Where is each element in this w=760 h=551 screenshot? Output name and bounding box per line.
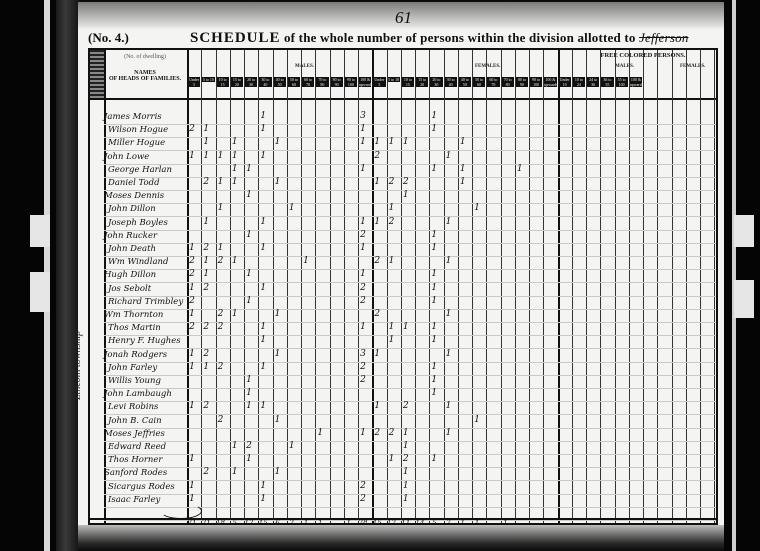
- tally-mark: 1: [356, 269, 370, 279]
- tally-mark: 1: [185, 494, 199, 504]
- tally-mark: 1: [399, 467, 413, 477]
- head-of-family-name: Hugh Dillon: [104, 270, 156, 280]
- tally-mark: 1: [399, 190, 413, 200]
- head-of-family-name: John Lowe: [104, 152, 149, 162]
- column-rule: [714, 50, 715, 523]
- head-of-family-name: Henry F. Hughes: [108, 336, 181, 346]
- tally-mark: 1: [185, 481, 199, 491]
- head-of-family-name: Wilson Hogue: [108, 125, 168, 135]
- head-of-family-name: Wm Thornton: [104, 310, 163, 320]
- age-column-header: 80 to 90: [330, 75, 344, 97]
- age-column-header: 5 to 10: [387, 75, 401, 97]
- tally-mark: 1: [470, 415, 484, 425]
- row-rule: [104, 164, 716, 165]
- column-rule: [615, 50, 616, 523]
- age-column-header: 60 to 70: [301, 75, 315, 97]
- head-of-family-name: Thos Horner: [108, 455, 163, 465]
- age-column-label: 30 to 40: [259, 77, 271, 87]
- tally-mark: 1: [199, 137, 213, 147]
- binding-tab: [30, 215, 50, 247]
- column-rule: [501, 50, 502, 523]
- age-column-label: Under 5: [373, 77, 385, 87]
- age-column-label: 90 to 100: [345, 77, 357, 87]
- age-column-header: 90 to 100: [344, 75, 358, 97]
- tally-mark: 1: [442, 401, 456, 411]
- tally-mark: 1: [256, 124, 270, 134]
- tally-mark: 2: [214, 256, 228, 266]
- tally-mark: 1: [427, 454, 441, 464]
- column-rule: [415, 50, 416, 523]
- tally-mark: 1: [427, 296, 441, 306]
- age-column-header: 10 to 15: [216, 75, 230, 97]
- age-column-label: 50 to 60: [288, 77, 300, 87]
- tally-mark: 1: [442, 256, 456, 266]
- head-of-family-name: Richard Trimbley: [108, 297, 183, 307]
- tally-mark: 2: [199, 243, 213, 253]
- column-rule: [315, 50, 316, 523]
- head-of-family-name: Thos Martin: [108, 323, 161, 333]
- head-of-family-name: Joseph Boyles: [108, 218, 168, 228]
- column-rule: [216, 50, 217, 523]
- age-column-label: 70 to 80: [502, 77, 514, 87]
- page-bottom-shading: [78, 525, 724, 551]
- tally-mark: 1: [271, 349, 285, 359]
- header-separator: [90, 98, 716, 100]
- column-rule: [458, 50, 459, 523]
- age-column-label: 80 to 90: [516, 77, 528, 87]
- tally-mark: 1: [427, 322, 441, 332]
- tally-mark: 2: [399, 454, 413, 464]
- tally-mark: 1: [356, 124, 370, 134]
- tally-mark: 1: [228, 151, 242, 161]
- age-column-header: Under 10: [558, 75, 572, 97]
- binding-tab: [30, 272, 50, 312]
- tally-mark: 1: [271, 137, 285, 147]
- tally-mark: 1: [442, 428, 456, 438]
- tally-mark: 1: [228, 164, 242, 174]
- age-column-label: 40 to 50: [274, 77, 286, 87]
- tally-mark: 1: [356, 428, 370, 438]
- age-column-header: 10 to 24: [572, 75, 586, 97]
- head-of-family-name: James Morris: [104, 112, 162, 122]
- tally-mark: 1: [399, 322, 413, 332]
- column-rule: [629, 50, 630, 523]
- colored-females-label: FEMALES.: [680, 64, 705, 69]
- age-column-label: 55 to 100: [616, 77, 628, 87]
- age-column-label: 15 to 20: [231, 77, 243, 87]
- tally-mark: 2: [356, 296, 370, 306]
- tally-mark: 1: [385, 256, 399, 266]
- head-of-family-name: John Death: [108, 244, 156, 254]
- column-rule: [401, 50, 402, 523]
- row-rule: [104, 216, 716, 217]
- names-header: (No. of dwelling) NAMES OF HEADS OF FAMI…: [104, 50, 186, 98]
- tally-mark: 1: [427, 164, 441, 174]
- tally-mark: 2: [199, 177, 213, 187]
- tally-mark: 2: [356, 494, 370, 504]
- age-column-label: Under 5: [188, 77, 200, 87]
- head-of-family-name: John Lambaugh: [104, 389, 172, 399]
- row-rule: [104, 203, 716, 204]
- head-of-family-name: John Dillon: [108, 204, 156, 214]
- tally-mark: 1: [299, 256, 313, 266]
- tally-mark: 2: [385, 217, 399, 227]
- tally-mark: 2: [370, 151, 384, 161]
- tally-mark: 1: [256, 283, 270, 293]
- tally-mark: 2: [199, 322, 213, 332]
- age-column-header: 20 to 30: [429, 75, 443, 97]
- column-rule: [387, 50, 388, 523]
- tally-mark: 1: [427, 124, 441, 134]
- tally-mark: 3: [356, 349, 370, 359]
- column-rule: [700, 50, 701, 523]
- age-column-header: 90 to 100: [529, 75, 543, 97]
- age-column-label: 60 to 70: [487, 77, 499, 87]
- tally-mark: 1: [214, 203, 228, 213]
- tally-mark: 2: [185, 269, 199, 279]
- tally-mark: 1: [370, 401, 384, 411]
- row-rule: [104, 375, 716, 376]
- tally-mark: 1: [228, 177, 242, 187]
- age-column-label: 10 to 15: [402, 77, 414, 87]
- tally-mark: 1: [285, 441, 299, 451]
- tally-mark: 1: [385, 203, 399, 213]
- age-column-header: 24 to 36: [586, 75, 600, 97]
- tally-mark: 2: [199, 349, 213, 359]
- tally-mark: 1: [256, 362, 270, 372]
- column-rule: [486, 50, 487, 523]
- column-rule: [558, 50, 560, 523]
- age-column-label: 15 to 20: [416, 77, 428, 87]
- age-column-label: 60 to 70: [302, 77, 314, 87]
- tally-mark: 1: [356, 217, 370, 227]
- binding-shadow: [56, 0, 80, 551]
- tally-mark: 1: [228, 137, 242, 147]
- head-of-family-name: Jonah Rodgers: [104, 350, 167, 360]
- column-rule: [515, 50, 516, 523]
- age-column-label: 80 to 90: [331, 77, 343, 87]
- head-of-family-name: John Rucker: [104, 231, 157, 241]
- head-of-family-name: John B. Cain: [108, 416, 162, 426]
- tally-mark: 2: [199, 283, 213, 293]
- tally-mark: 2: [356, 375, 370, 385]
- book-binding-left: [0, 0, 80, 551]
- column-rule: [672, 50, 673, 523]
- age-column-header: 36 to 55: [600, 75, 614, 97]
- age-column-header: 50 to 60: [472, 75, 486, 97]
- margin-note: Lincoln township: [72, 331, 83, 400]
- tally-mark: 1: [185, 349, 199, 359]
- column-rule: [244, 50, 245, 523]
- tally-mark: 1: [228, 256, 242, 266]
- age-column-header: 30 to 40: [258, 75, 272, 97]
- age-column-label: 5 to 10: [388, 77, 400, 82]
- tally-mark: 1: [427, 230, 441, 240]
- tally-mark: 1: [199, 256, 213, 266]
- tally-mark: 1: [185, 362, 199, 372]
- tally-mark: 1: [442, 217, 456, 227]
- schedule-title: SCHEDULE of the whole number of persons …: [190, 30, 689, 47]
- tally-mark: 1: [456, 137, 470, 147]
- tally-mark: 2: [356, 283, 370, 293]
- tally-mark: 1: [214, 243, 228, 253]
- tally-mark: 1: [427, 388, 441, 398]
- age-column-header: 100 & upwards: [629, 75, 643, 97]
- white-females-label: FEMALES.: [475, 64, 500, 69]
- age-column-label: 30 to 40: [445, 77, 457, 87]
- column-rule: [230, 50, 231, 523]
- tally-mark: 1: [199, 151, 213, 161]
- column-rule: [372, 50, 374, 523]
- tally-mark: 1: [399, 428, 413, 438]
- tally-mark: 2: [185, 256, 199, 266]
- row-rule: [104, 230, 716, 231]
- column-rule: [657, 50, 658, 523]
- age-column-label: 90 to 100: [530, 77, 542, 87]
- tally-mark: 1: [199, 124, 213, 134]
- binding-tab: [734, 280, 754, 318]
- head-of-family-name: Willis Young: [108, 376, 161, 386]
- head-of-family-name: Levi Robins: [108, 402, 158, 412]
- tally-mark: 1: [313, 428, 327, 438]
- age-column-header: 10 to 15: [401, 75, 415, 97]
- header-sidebar-strip: [90, 50, 104, 98]
- tally-mark: 3: [356, 111, 370, 121]
- age-column-header: 100 & upwards: [543, 75, 557, 97]
- tally-mark: 2: [185, 296, 199, 306]
- tally-mark: 1: [385, 454, 399, 464]
- tally-mark: 1: [256, 335, 270, 345]
- tally-mark: 1: [399, 481, 413, 491]
- tally-mark: 1: [356, 322, 370, 332]
- tally-mark: 2: [356, 362, 370, 372]
- tally-mark: 2: [199, 401, 213, 411]
- book-binding-right: [722, 0, 760, 551]
- head-of-family-name: Wm Windland: [108, 257, 168, 267]
- tally-mark: 1: [370, 137, 384, 147]
- tally-mark: 1: [513, 164, 527, 174]
- column-rule: [586, 50, 587, 523]
- tally-mark: 1: [228, 309, 242, 319]
- head-of-family-name: Sanford Rodes: [104, 468, 167, 478]
- age-column-header: 20 to 30: [244, 75, 258, 97]
- column-rule: [344, 50, 345, 523]
- age-column-header: 80 to 90: [515, 75, 529, 97]
- head-of-family-name: Moses Jeffries: [104, 429, 165, 439]
- tally-mark: 2: [370, 309, 384, 319]
- tally-mark: 1: [256, 481, 270, 491]
- tally-mark: 1: [456, 164, 470, 174]
- tally-mark: 1: [199, 269, 213, 279]
- tally-mark: 1: [385, 335, 399, 345]
- signature-flourish: [160, 503, 202, 519]
- tally-mark: 1: [242, 230, 256, 240]
- age-column-label: 100 & upwards: [630, 77, 642, 87]
- age-column-label: 70 to 80: [316, 77, 328, 87]
- tally-mark: 1: [271, 467, 285, 477]
- column-rule: [643, 50, 644, 523]
- tally-mark: 1: [256, 243, 270, 253]
- tally-mark: 1: [271, 309, 285, 319]
- head-of-family-name: Daniel Todd: [108, 178, 160, 188]
- age-column-label: 100 & upwards: [544, 77, 556, 87]
- tally-mark: 1: [242, 164, 256, 174]
- age-column-label: 20 to 30: [430, 77, 442, 87]
- tally-mark: 1: [427, 375, 441, 385]
- age-column-label: Under 10: [559, 77, 571, 87]
- age-column-header: 70 to 80: [315, 75, 329, 97]
- tally-mark: 1: [427, 269, 441, 279]
- tally-mark: 2: [385, 428, 399, 438]
- tally-mark: 1: [285, 203, 299, 213]
- tally-mark: 1: [442, 349, 456, 359]
- page-number: 61: [395, 8, 412, 28]
- column-rule: [472, 50, 473, 523]
- head-of-family-name: John Farley: [108, 363, 157, 373]
- tally-mark: 1: [399, 137, 413, 147]
- tally-mark: 1: [242, 269, 256, 279]
- age-column-label: 40 to 50: [459, 77, 471, 87]
- age-column-label: 10 to 15: [217, 77, 229, 87]
- age-column-header: 50 to 60: [287, 75, 301, 97]
- tally-mark: 1: [456, 177, 470, 187]
- column-rule: [572, 50, 573, 523]
- form-number: (No. 4.): [88, 30, 129, 46]
- tally-mark: 1: [199, 217, 213, 227]
- tally-mark: 1: [385, 322, 399, 332]
- tally-mark: 2: [399, 401, 413, 411]
- head-of-family-name: Edward Reed: [108, 442, 166, 452]
- tally-mark: 2: [370, 256, 384, 266]
- tally-mark: 2: [214, 309, 228, 319]
- age-column-header: 55 to 100: [615, 75, 629, 97]
- tally-mark: 1: [185, 309, 199, 319]
- tally-mark: 2: [214, 415, 228, 425]
- column-rule: [273, 50, 274, 523]
- tally-mark: 1: [228, 467, 242, 477]
- tally-mark: 1: [242, 454, 256, 464]
- colored-males-label: MALES.: [615, 64, 634, 69]
- column-rule: [301, 50, 302, 523]
- tally-mark: 1: [427, 362, 441, 372]
- title-handwritten: Jefferson: [639, 30, 688, 45]
- age-column-header: 60 to 70: [486, 75, 500, 97]
- tally-mark: 1: [185, 401, 199, 411]
- age-column-header: 40 to 50: [458, 75, 472, 97]
- row-rule: [104, 414, 716, 415]
- tally-mark: 1: [256, 322, 270, 332]
- tally-mark: 1: [356, 243, 370, 253]
- tally-mark: 1: [356, 137, 370, 147]
- tally-mark: 1: [356, 164, 370, 174]
- tally-mark: 1: [185, 283, 199, 293]
- age-column-label: 10 to 24: [573, 77, 585, 87]
- white-males-label: MALES.: [295, 64, 314, 69]
- binding-edge: [732, 0, 736, 551]
- column-rule: [444, 50, 445, 523]
- tally-mark: 1: [399, 441, 413, 451]
- age-column-label: 36 to 55: [601, 77, 613, 87]
- head-of-family-name: Isaac Farley: [108, 495, 160, 505]
- age-column-label: 20 to 30: [245, 77, 257, 87]
- tally-mark: 2: [356, 230, 370, 240]
- head-of-family-name: George Harlan: [108, 165, 172, 175]
- tally-mark: 2: [385, 177, 399, 187]
- tally-mark: 2: [242, 441, 256, 451]
- tally-mark: 1: [256, 494, 270, 504]
- tally-mark: 1: [185, 243, 199, 253]
- tally-mark: 1: [256, 217, 270, 227]
- head-of-family-name: Sicargus Rodes: [108, 482, 175, 492]
- column-rule: [529, 50, 530, 523]
- tally-mark: 1: [370, 349, 384, 359]
- column-rule: [330, 50, 331, 523]
- tally-mark: 2: [356, 481, 370, 491]
- tally-mark: 1: [242, 375, 256, 385]
- tally-mark: 1: [185, 151, 199, 161]
- tally-mark: 2: [185, 322, 199, 332]
- tally-mark: 1: [427, 111, 441, 121]
- age-column-label: 5 to 10: [202, 77, 214, 82]
- tally-mark: 1: [385, 137, 399, 147]
- row-rule: [104, 335, 716, 336]
- tally-mark: 1: [427, 335, 441, 345]
- title-rest: of the whole number of persons within th…: [284, 30, 636, 45]
- column-rule: [600, 50, 601, 523]
- age-column-label: 100 & upwards: [359, 77, 371, 87]
- head-of-family-name: Miller Hogue: [108, 138, 165, 148]
- tally-mark: 1: [228, 441, 242, 451]
- tally-mark: 2: [370, 428, 384, 438]
- tally-mark: 1: [199, 362, 213, 372]
- binding-tab: [734, 215, 754, 247]
- tally-mark: 2: [399, 177, 413, 187]
- age-column-header: 15 to 20: [415, 75, 429, 97]
- tally-mark: 1: [427, 283, 441, 293]
- age-column-header: 40 to 50: [273, 75, 287, 97]
- tally-mark: 2: [199, 467, 213, 477]
- column-rule: [686, 50, 687, 523]
- tally-mark: 2: [185, 124, 199, 134]
- age-column-header: Under 5: [187, 75, 201, 97]
- tally-mark: 1: [442, 151, 456, 161]
- age-column-header: 100 & upwards: [358, 75, 372, 97]
- title-prefix: SCHEDULE: [190, 30, 281, 46]
- age-column-header: 30 to 40: [444, 75, 458, 97]
- tally-mark: 1: [370, 217, 384, 227]
- tally-mark: 1: [242, 190, 256, 200]
- tally-mark: 1: [470, 203, 484, 213]
- tally-mark: 2: [214, 362, 228, 372]
- names-header-top: (No. of dwelling): [104, 54, 186, 60]
- head-of-family-name: Jos Sebolt: [108, 284, 151, 294]
- tally-mark: 1: [442, 309, 456, 319]
- tally-mark: 1: [214, 151, 228, 161]
- column-rule: [543, 50, 544, 523]
- tally-mark: 1: [242, 401, 256, 411]
- tally-mark: 1: [256, 401, 270, 411]
- row-rule: [104, 388, 716, 389]
- tally-mark: 1: [256, 111, 270, 121]
- tally-mark: 1: [427, 243, 441, 253]
- tally-mark: 1: [271, 415, 285, 425]
- tally-mark: 1: [242, 388, 256, 398]
- tally-mark: 1: [271, 177, 285, 187]
- tally-mark: 1: [370, 177, 384, 187]
- age-column-header: 15 to 20: [230, 75, 244, 97]
- tally-mark: 2: [214, 322, 228, 332]
- head-of-family-name: Moses Dennis: [104, 191, 164, 201]
